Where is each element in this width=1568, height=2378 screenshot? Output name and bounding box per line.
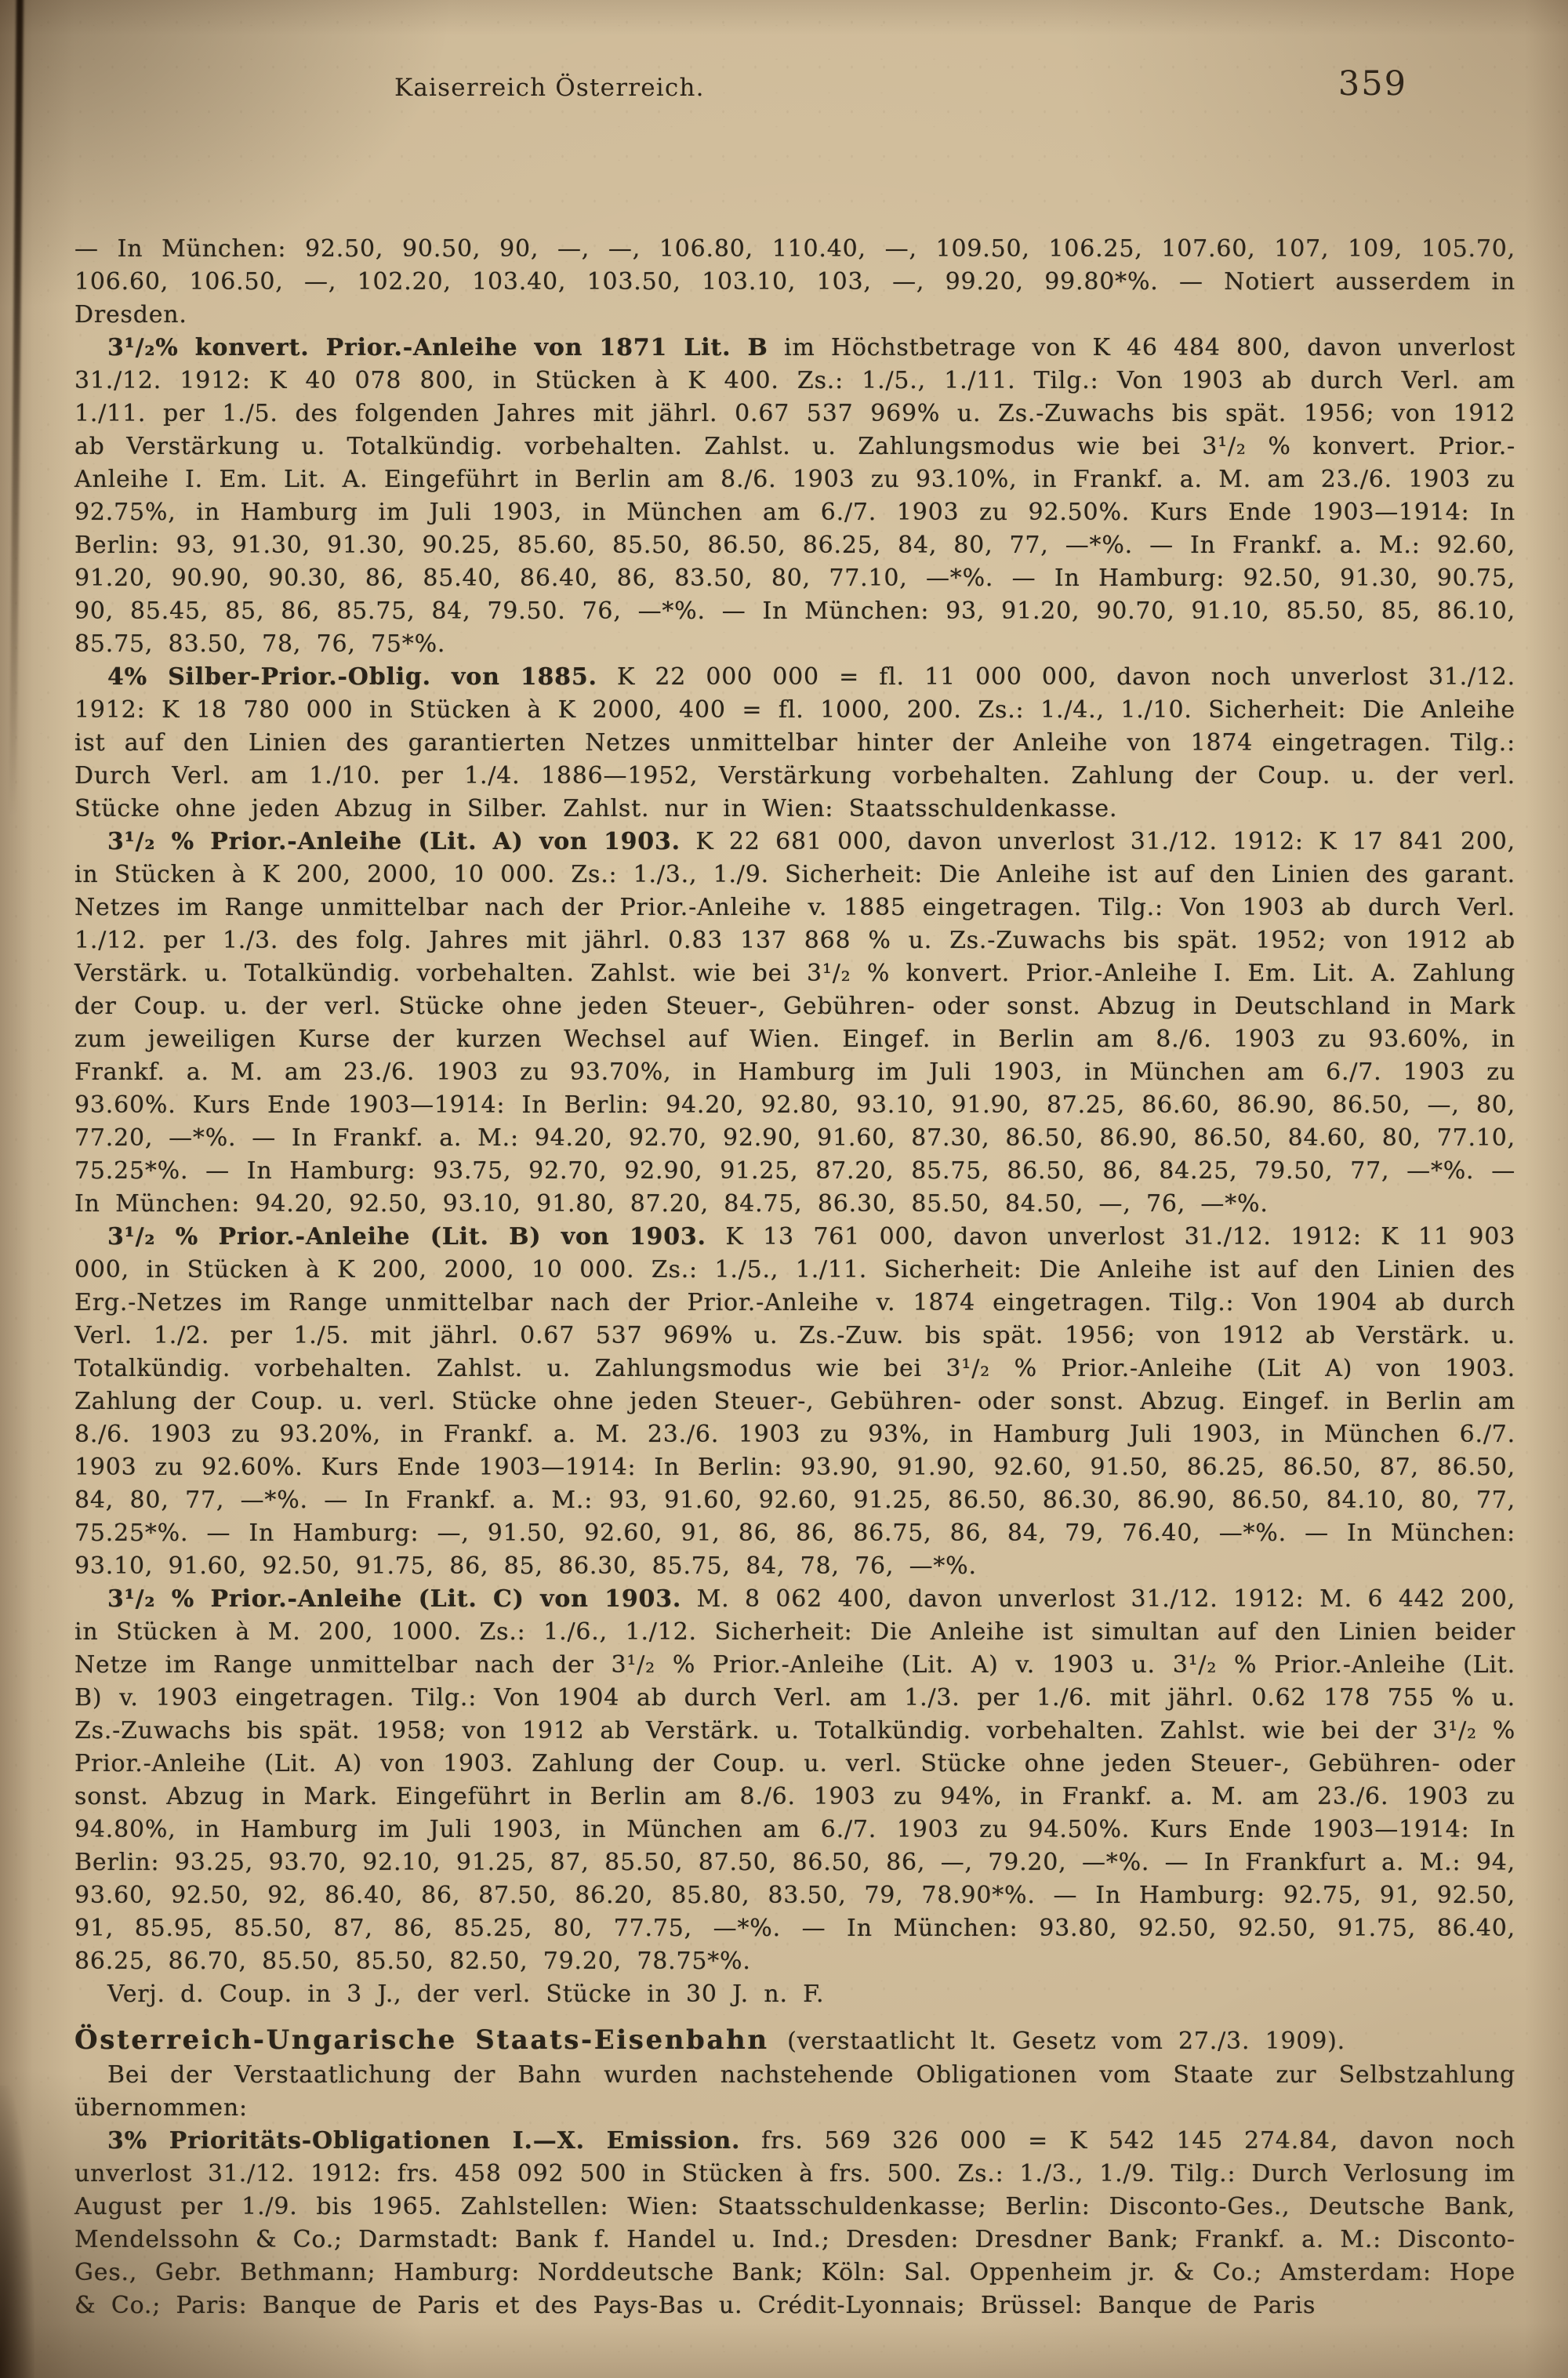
page-number: 359 bbox=[1338, 64, 1407, 103]
bond-entry-title: 3¹/₂ % Prior.-Anleihe (Lit. C) von 1903. bbox=[107, 1585, 681, 1613]
paragraph-prior-anleihe-lit-b-1903: 3¹/₂ % Prior.-Anleihe (Lit. B) von 1903.… bbox=[74, 1221, 1515, 1583]
paragraph-text: — In München: 92.50, 90.50, 90, —, —, 10… bbox=[74, 235, 1515, 329]
section-heading-oesterreich-ungarische-staats-eisenbahn: Österreich-Ungarische Staats-Eisenbahn (… bbox=[74, 2023, 1515, 2059]
bond-entry-title: 3¹/₂ % Prior.-Anleihe (Lit. A) von 1903. bbox=[107, 828, 681, 855]
paragraph-prior-anleihe-lit-c-1903: 3¹/₂ % Prior.-Anleihe (Lit. C) von 1903.… bbox=[74, 1583, 1515, 1978]
book-binding-corner-shadow bbox=[0, 2086, 34, 2378]
running-title: Kaiserreich Österreich. bbox=[394, 74, 705, 102]
paragraph-text: M. 8 062 400, davon unverlost 31./12. 19… bbox=[74, 1585, 1515, 1975]
paragraph-text: Bei der Verstaatlichung der Bahn wurden … bbox=[74, 2061, 1515, 2122]
book-binding-edge-line bbox=[9, 0, 24, 815]
paragraph-text: K 22 681 000, davon unverlost 31./12. 19… bbox=[74, 828, 1515, 1218]
paragraph-prior-anleihe-lit-a-1903: 3¹/₂ % Prior.-Anleihe (Lit. A) von 1903.… bbox=[74, 826, 1515, 1221]
paragraph-silber-prior-oblig-1885: 4% Silber-Prior.-Oblig. von 1885. K 22 0… bbox=[74, 661, 1515, 826]
bond-entry-title: 3¹/₂% konvert. Prior.-Anleihe von 1871 L… bbox=[107, 334, 768, 361]
paragraph-prioritaets-obligationen: 3% Prioritäts-Obligationen I.—X. Emissio… bbox=[74, 2125, 1515, 2322]
page-content: Kaiserreich Österreich. 359 — In München… bbox=[74, 69, 1515, 2322]
page-body: — In München: 92.50, 90.50, 90, —, —, 10… bbox=[74, 233, 1515, 2322]
paragraph-text: frs. 569 326 000 = K 542 145 274.84, dav… bbox=[74, 2127, 1515, 2319]
bond-entry-title: 3¹/₂ % Prior.-Anleihe (Lit. B) von 1903. bbox=[107, 1223, 706, 1251]
running-header: Kaiserreich Österreich. 359 bbox=[74, 69, 1515, 105]
bond-entry-title: 4% Silber-Prior.-Oblig. von 1885. bbox=[107, 663, 597, 691]
paragraph-continuation-kurse: — In München: 92.50, 90.50, 90, —, —, 10… bbox=[74, 233, 1515, 332]
paragraph-verstaatlichung-intro: Bei der Verstaatlichung der Bahn wurden … bbox=[74, 2059, 1515, 2125]
scanned-book-page: Kaiserreich Österreich. 359 — In München… bbox=[0, 0, 1568, 2378]
section-heading-title: Österreich-Ungarische Staats-Eisenbahn bbox=[74, 2024, 769, 2056]
section-heading-note: (verstaatlicht lt. Gesetz vom 27./3. 190… bbox=[787, 2028, 1345, 2055]
paragraph-konvert-prior-anleihe-1871: 3¹/₂% konvert. Prior.-Anleihe von 1871 L… bbox=[74, 332, 1515, 661]
paragraph-text: im Höchstbetrage von K 46 484 800, davon… bbox=[74, 334, 1515, 658]
paragraph-verjaehrung: Verj. d. Coup. in 3 J., der verl. Stücke… bbox=[74, 1978, 1515, 2011]
bond-entry-title: 3% Prioritäts-Obligationen I.—X. Emissio… bbox=[107, 2127, 740, 2155]
paragraph-text: Verj. d. Coup. in 3 J., der verl. Stücke… bbox=[107, 1980, 824, 2008]
paragraph-text: K 13 761 000, davon unverlost 31./12. 19… bbox=[74, 1223, 1515, 1580]
